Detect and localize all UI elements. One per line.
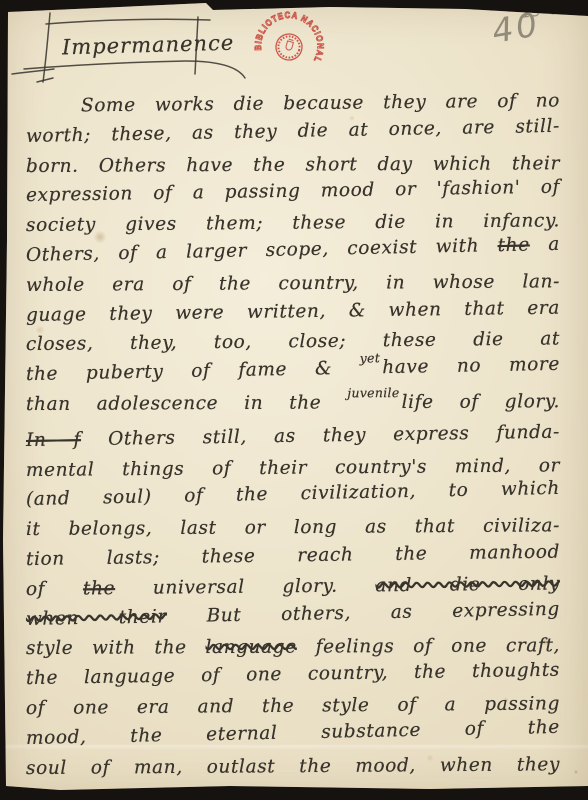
manuscript-title: Impermanence	[62, 31, 235, 60]
text-segment: of	[26, 578, 83, 600]
text-segment: life of glory.	[402, 391, 561, 413]
text-segment: than adolescence in the	[26, 392, 347, 415]
struck-text: when their	[26, 606, 167, 630]
text-segment: style with the	[26, 637, 206, 659]
text-segment: have no more	[382, 354, 560, 378]
struck-text: the	[83, 578, 115, 599]
stamp-crest-icon	[285, 41, 293, 51]
struck-text: the	[497, 234, 530, 256]
text-segment: But others, as expressing	[167, 598, 560, 627]
manuscript-line: soul of man, outlast the mood, when they	[26, 750, 560, 784]
page-number: 40	[489, 4, 543, 51]
text-segment: the language of one country, the thought…	[26, 660, 560, 689]
text-segment: soul of man, outlast the mood, when they	[26, 754, 560, 779]
library-stamp: BIBLIOTECA NACIONAL	[250, 8, 328, 86]
text-segment: a	[530, 234, 561, 256]
manuscript-lines: Some works die because they are of nowor…	[26, 92, 560, 783]
text-segment: expression of a passing mood or 'fashion…	[26, 177, 560, 206]
text-segment: universal glory.	[115, 575, 376, 599]
text-segment: tion lasts; these reach the manhood	[26, 541, 560, 569]
manuscript-line: In f Others still, as they express funda…	[26, 417, 560, 455]
inserted-word: juvenile	[347, 378, 399, 408]
struck-text: and die only	[375, 573, 560, 596]
text-segment: it belongs, last or long as that civiliz…	[26, 515, 560, 540]
manuscript-line: tion lasts; these reach the manhood	[26, 537, 560, 574]
text-segment: mood, the eternal substance of the	[26, 717, 560, 749]
text-segment: (and soul) of the civilization, to which	[26, 478, 560, 510]
catalog-number: 19-80	[520, 0, 570, 22]
manuscript-page: Impermanence BIBLIOTECA NACIONAL 40 19-8…	[0, 0, 588, 800]
text-segment: Others, of a larger scope, coexist with	[26, 235, 498, 266]
text-segment: worth; these, as they die at once, are s…	[26, 116, 560, 147]
text-segment: whole era of the country, in whose lan-	[26, 271, 560, 296]
struck-text: language	[205, 637, 296, 658]
struck-text: In f	[26, 429, 81, 451]
text-segment: the puberty of fame &	[26, 358, 360, 385]
text-segment: feelings of one craft,	[297, 636, 560, 658]
text-segment: guage they were written, & when that era	[26, 297, 560, 325]
inserted-word: yet	[359, 343, 380, 373]
text-segment: Others still, as they express funda-	[81, 421, 560, 450]
photo-backdrop: { "document": { "kind": "handwritten man…	[0, 0, 588, 800]
manuscript-line: than adolescence in the juvenilelife of …	[26, 387, 560, 420]
